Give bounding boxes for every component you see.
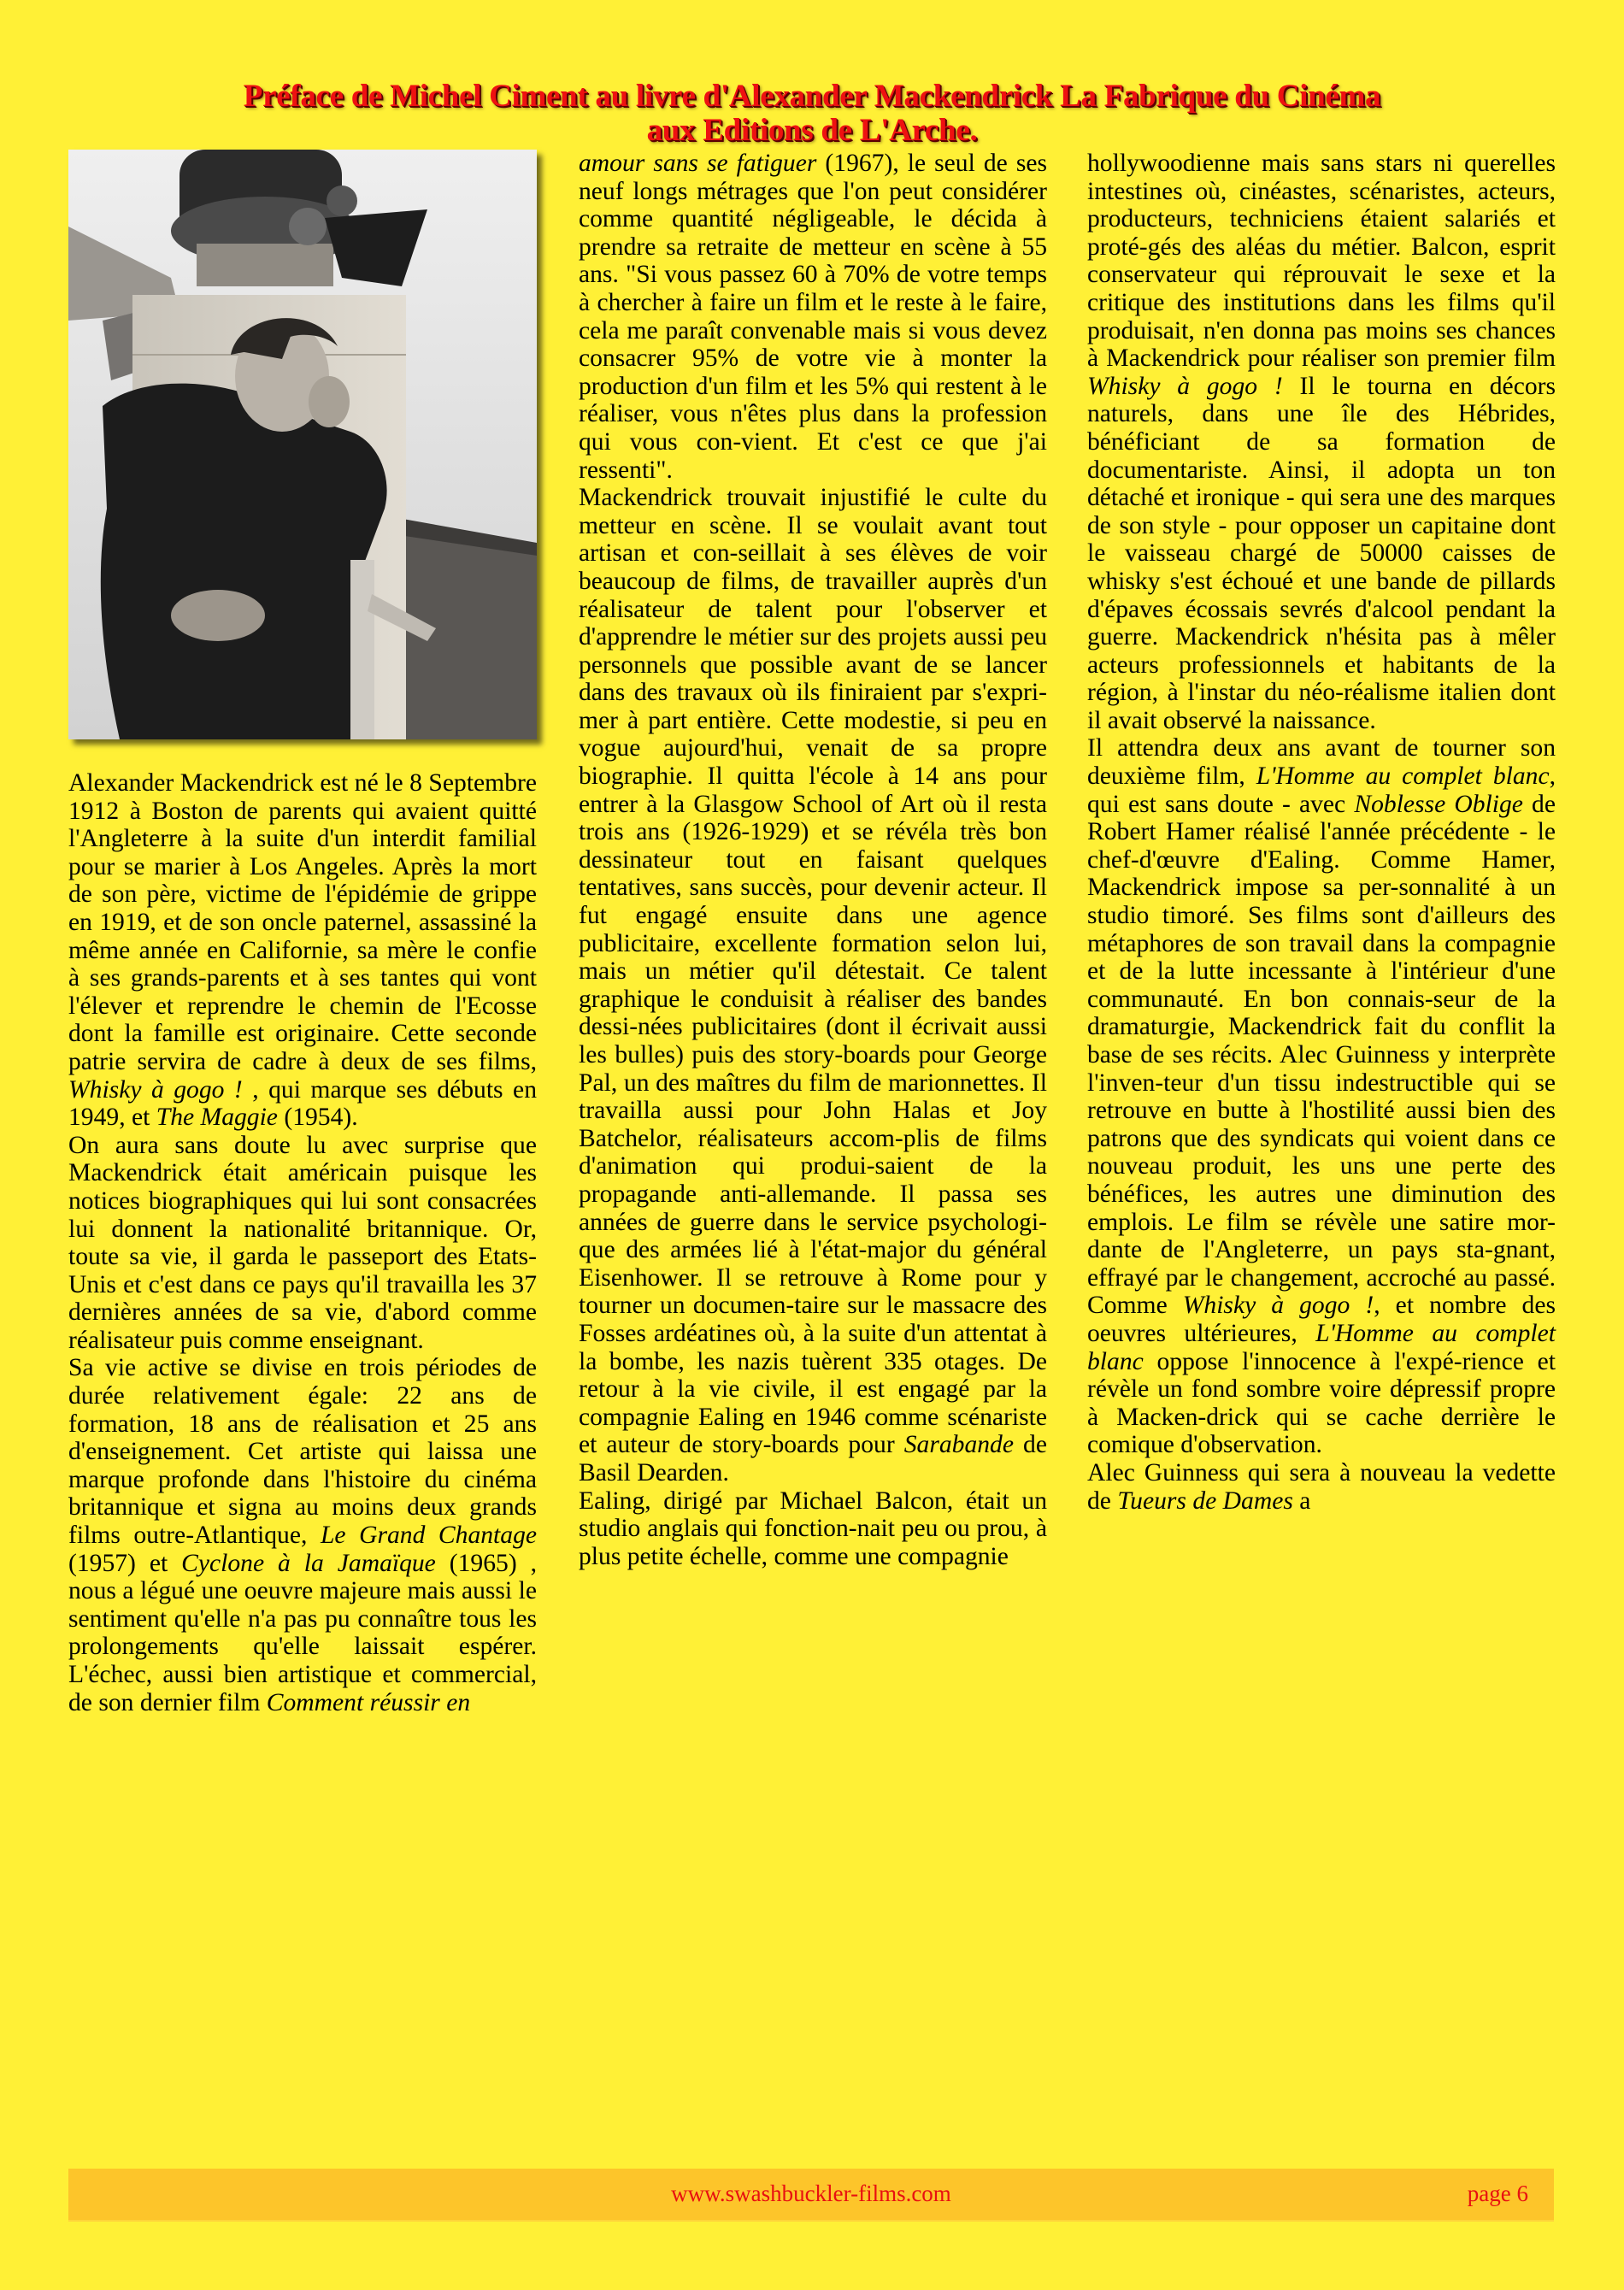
film-title: Tueurs de Dames xyxy=(1117,1487,1293,1515)
article-paragraph: Ealing, dirigé par Michael Balcon, était… xyxy=(579,1487,1047,1571)
body-text: (1957) et xyxy=(68,1550,181,1577)
film-title: Le Grand Chantage xyxy=(321,1522,537,1549)
article-paragraph: Alexander Mackendrick est né le 8 Septem… xyxy=(68,769,537,1132)
body-text: oppose l'innocence à l'expé-rience et ré… xyxy=(1087,1348,1556,1459)
film-title: Noblesse Oblige xyxy=(1354,791,1523,818)
body-text: (1967), le seul de ses neuf longs métrag… xyxy=(579,150,1047,484)
title-line-1: Préface de Michel Ciment au livre d'Alex… xyxy=(0,79,1624,114)
film-title: Whisky à gogo ! xyxy=(68,1076,243,1104)
article-paragraph: Alec Guinness qui sera à nouveau la vede… xyxy=(1087,1459,1556,1515)
body-text: hollywoodienne mais sans stars ni querel… xyxy=(1087,150,1556,372)
film-title: Cyclone à la Jamaïque xyxy=(181,1550,436,1577)
page-title: Préface de Michel Ciment au livre d'Alex… xyxy=(0,79,1624,148)
article-column-1: Alexander Mackendrick est né le 8 Septem… xyxy=(68,769,537,1716)
film-title: The Maggie xyxy=(156,1104,278,1131)
page-footer: www.swashbuckler-films.com page 6 xyxy=(68,2169,1554,2222)
article-paragraph: On aura sans doute lu avec surprise que … xyxy=(68,1132,537,1355)
article-column-3: hollywoodienne mais sans stars ni querel… xyxy=(1087,150,1556,1515)
body-text: Alexander Mackendrick est né le 8 Septem… xyxy=(68,769,537,1075)
film-title: L'Homme au complet blanc xyxy=(1256,762,1550,790)
article-column-2: amour sans se fatiguer (1967), le seul d… xyxy=(579,150,1047,1570)
body-text: de Robert Hamer réalisé l'année précéden… xyxy=(1087,791,1556,1320)
body-text: On aura sans doute lu avec surprise que … xyxy=(68,1132,537,1354)
body-text: Il le tourna en décors naturels, dans un… xyxy=(1087,373,1556,734)
film-title: Whisky à gogo ! xyxy=(1087,373,1283,400)
body-text: (1954). xyxy=(278,1104,358,1131)
article-paragraph: amour sans se fatiguer (1967), le seul d… xyxy=(579,150,1047,484)
article-paragraph: Sa vie active se divise en trois période… xyxy=(68,1354,537,1716)
article-paragraph: Mackendrick trouvait injustifié le culte… xyxy=(579,484,1047,1486)
film-title: Sarabande xyxy=(904,1431,1014,1458)
title-line-2: aux Editions de L'Arche. xyxy=(0,114,1624,148)
film-title: amour sans se fatiguer xyxy=(579,150,816,177)
page-number: page 6 xyxy=(1468,2181,1528,2206)
film-title: Whisky à gogo ! xyxy=(1183,1292,1374,1319)
website-link[interactable]: www.swashbuckler-films.com xyxy=(68,2181,1554,2206)
body-text: Mackendrick trouvait injustifié le culte… xyxy=(579,484,1047,1458)
body-text: Sa vie active se divise en trois période… xyxy=(68,1354,537,1549)
article-paragraph: hollywoodienne mais sans stars ni querel… xyxy=(1087,150,1556,734)
film-title: Comment réussir en xyxy=(267,1689,470,1716)
article-paragraph: Il attendra deux ans avant de tourner so… xyxy=(1087,734,1556,1458)
director-photo xyxy=(68,150,537,739)
body-text: Ealing, dirigé par Michael Balcon, était… xyxy=(579,1487,1047,1570)
photo-image xyxy=(68,150,537,739)
body-text: a xyxy=(1293,1487,1311,1515)
